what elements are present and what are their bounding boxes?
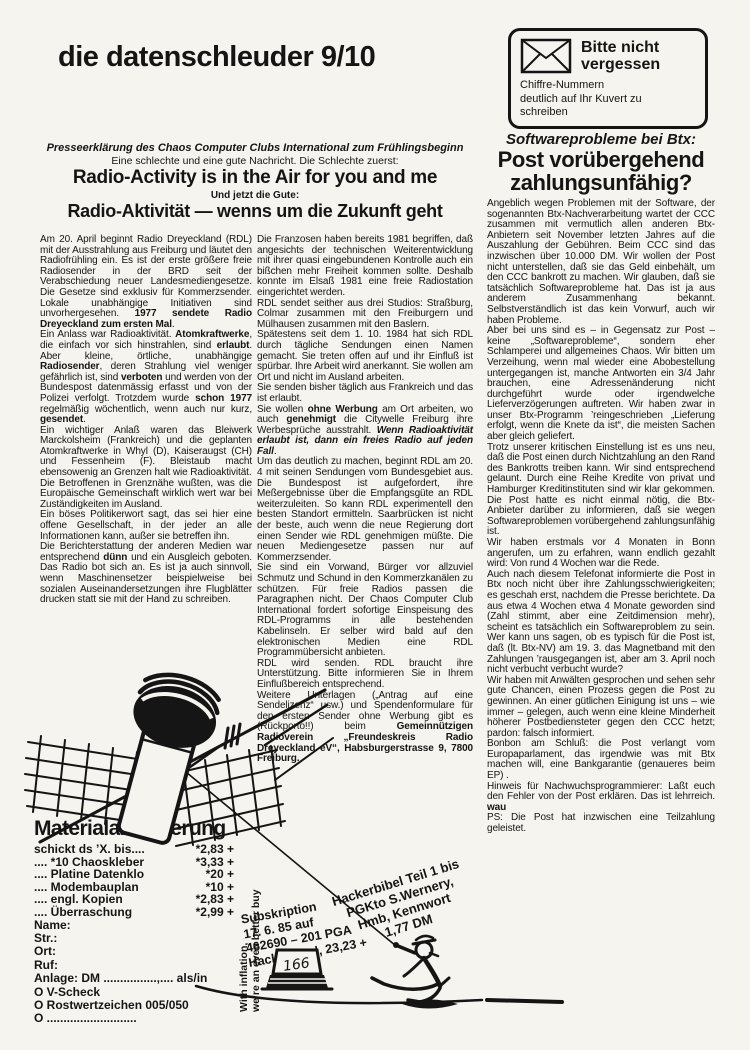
- material-label: schickt ds ’X. bis....: [34, 843, 145, 856]
- material-label: .... Platine Datenklo: [34, 868, 144, 881]
- cartoon-runner: [372, 936, 458, 1009]
- btx-headline: Post vorübergehendzahlungsunfähig?: [487, 148, 715, 194]
- form-options: O V-ScheckO Rostwertzeichen 005/050O ...…: [34, 986, 248, 1026]
- net-left: [25, 736, 160, 830]
- body-paragraph: Die Betroffenen in Grenznähe wußten, was…: [40, 479, 252, 511]
- press-kicker: Presseerklärung des Chaos Computer Clubs…: [34, 142, 476, 154]
- notice-box: Bitte nichtvergessen Chiffre-Nummerndeut…: [508, 28, 708, 129]
- radio-column-middle: Die Franzosen haben bereits 1981 begriff…: [257, 235, 473, 765]
- body-paragraph: Spätestens seit dem 1. 10. 1984 hat sich…: [257, 330, 473, 383]
- newspaper-page: die datenschleuder 9/10 Bitte nichtverge…: [0, 0, 750, 1050]
- body-paragraph: Wir haben mit Anwälten gesprochen und se…: [487, 676, 715, 740]
- body-paragraph: RDL sendet seither aus drei Studios: Str…: [257, 299, 473, 331]
- body-paragraph: Auch nach diesem Telefonat informierte d…: [487, 570, 715, 676]
- body-paragraph: Hinweis für Nachwuchsprogrammierer: Laßt…: [487, 782, 715, 814]
- boom-end-dot: [138, 796, 149, 807]
- material-price: *20 +: [206, 868, 234, 881]
- notice-title: Bitte nichtvergessen: [581, 39, 660, 73]
- body-paragraph: Am 20. April beginnt Radio Dreyeckland (…: [40, 235, 252, 330]
- btx-column: Angeblich wegen Problemen mit der Softwa…: [487, 199, 715, 835]
- body-paragraph: RDL wird senden. RDL braucht ihre Unters…: [257, 659, 473, 691]
- body-paragraph: PS: Die Post hat inzwischen eine Teilzah…: [487, 813, 715, 834]
- body-paragraph: Ein wichtiger Anlaß waren das Bleiwerk M…: [40, 426, 252, 479]
- body-paragraph: Die Berichterstattung der anderen Medien…: [40, 542, 252, 606]
- headline-bridge: Und jetzt die Gute:: [34, 190, 476, 201]
- material-title: Materialanforderung: [34, 817, 248, 841]
- body-paragraph: Trotz unserer kritischen Einstellung ist…: [487, 443, 715, 538]
- press-intro: Eine schlechte und eine gute Nachricht. …: [34, 155, 476, 167]
- material-rows: schickt ds ’X. bis....*2,83 + .... *10 C…: [34, 843, 248, 919]
- notice-body: Chiffre-Nummerndeutlich auf Ihr Kuvert z…: [520, 79, 696, 120]
- envelope-icon: [520, 38, 572, 74]
- anlage-line: Anlage: DM ................,.... als/in: [34, 972, 248, 985]
- body-paragraph: Angeblich wegen Problemen mit der Softwa…: [487, 199, 715, 326]
- body-paragraph: Sie wollen ohne Werbung am Ort arbeiten,…: [257, 405, 473, 458]
- material-row: .... Platine Datenklo*20 +: [34, 868, 234, 881]
- body-paragraph: Wir haben erstmals vor 4 Monaten in Bonn…: [487, 538, 715, 570]
- material-order-form: Materialanforderung schickt ds ’X. bis..…: [34, 817, 248, 1026]
- material-row: .... Überraschung*2,99 +: [34, 906, 234, 919]
- headline-german: Radio-Aktivität — wenns um die Zukunft g…: [34, 201, 476, 222]
- material-price: *2,99 +: [196, 906, 234, 919]
- body-paragraph: Sie senden bisher täglich aus Frankreich…: [257, 383, 473, 404]
- material-price: *2,83 +: [196, 843, 234, 856]
- btx-kicker: Softwareprobleme bei Btx:: [487, 131, 715, 148]
- body-paragraph: Aber bei uns sind es – in Gegensatz zur …: [487, 326, 715, 443]
- hackerbibel-note: Hackerbibel Teil 1 bisPGKto S.Wernery,Hm…: [330, 856, 474, 952]
- radio-column-left: Am 20. April beginnt Radio Dreyeckland (…: [40, 235, 252, 606]
- btx-article: Softwareprobleme bei Btx: Post vorüberge…: [487, 131, 715, 835]
- end-rule: [487, 1000, 562, 1002]
- body-paragraph: Sie sind ein Vorwand, Bürger vor allzuvi…: [257, 563, 473, 658]
- material-row: schickt ds ’X. bis....*2,83 +: [34, 843, 234, 856]
- body-paragraph: Ein böses Politikerwort sagt, das sei hi…: [40, 510, 252, 542]
- material-label: .... Überraschung: [34, 906, 132, 919]
- body-paragraph: Weitere Unterlagen („Antrag auf eine Sen…: [257, 691, 473, 765]
- masthead-title: die datenschleuder 9/10: [58, 41, 375, 74]
- body-paragraph: Bonbon am Schluß: die Post verlangt vom …: [487, 739, 715, 781]
- body-paragraph: Ein Anlass war Radioaktivität. Atomkraft…: [40, 330, 252, 425]
- headline-english: Radio-Activity is in the Air for you and…: [34, 167, 476, 189]
- form-field-labels: Name:Str.:Ort:Ruf:: [34, 919, 248, 973]
- body-paragraph: Die Franzosen haben bereits 1981 begriff…: [257, 235, 473, 299]
- body-paragraph: Um das deutlich zu machen, beginnt RDL a…: [257, 457, 473, 563]
